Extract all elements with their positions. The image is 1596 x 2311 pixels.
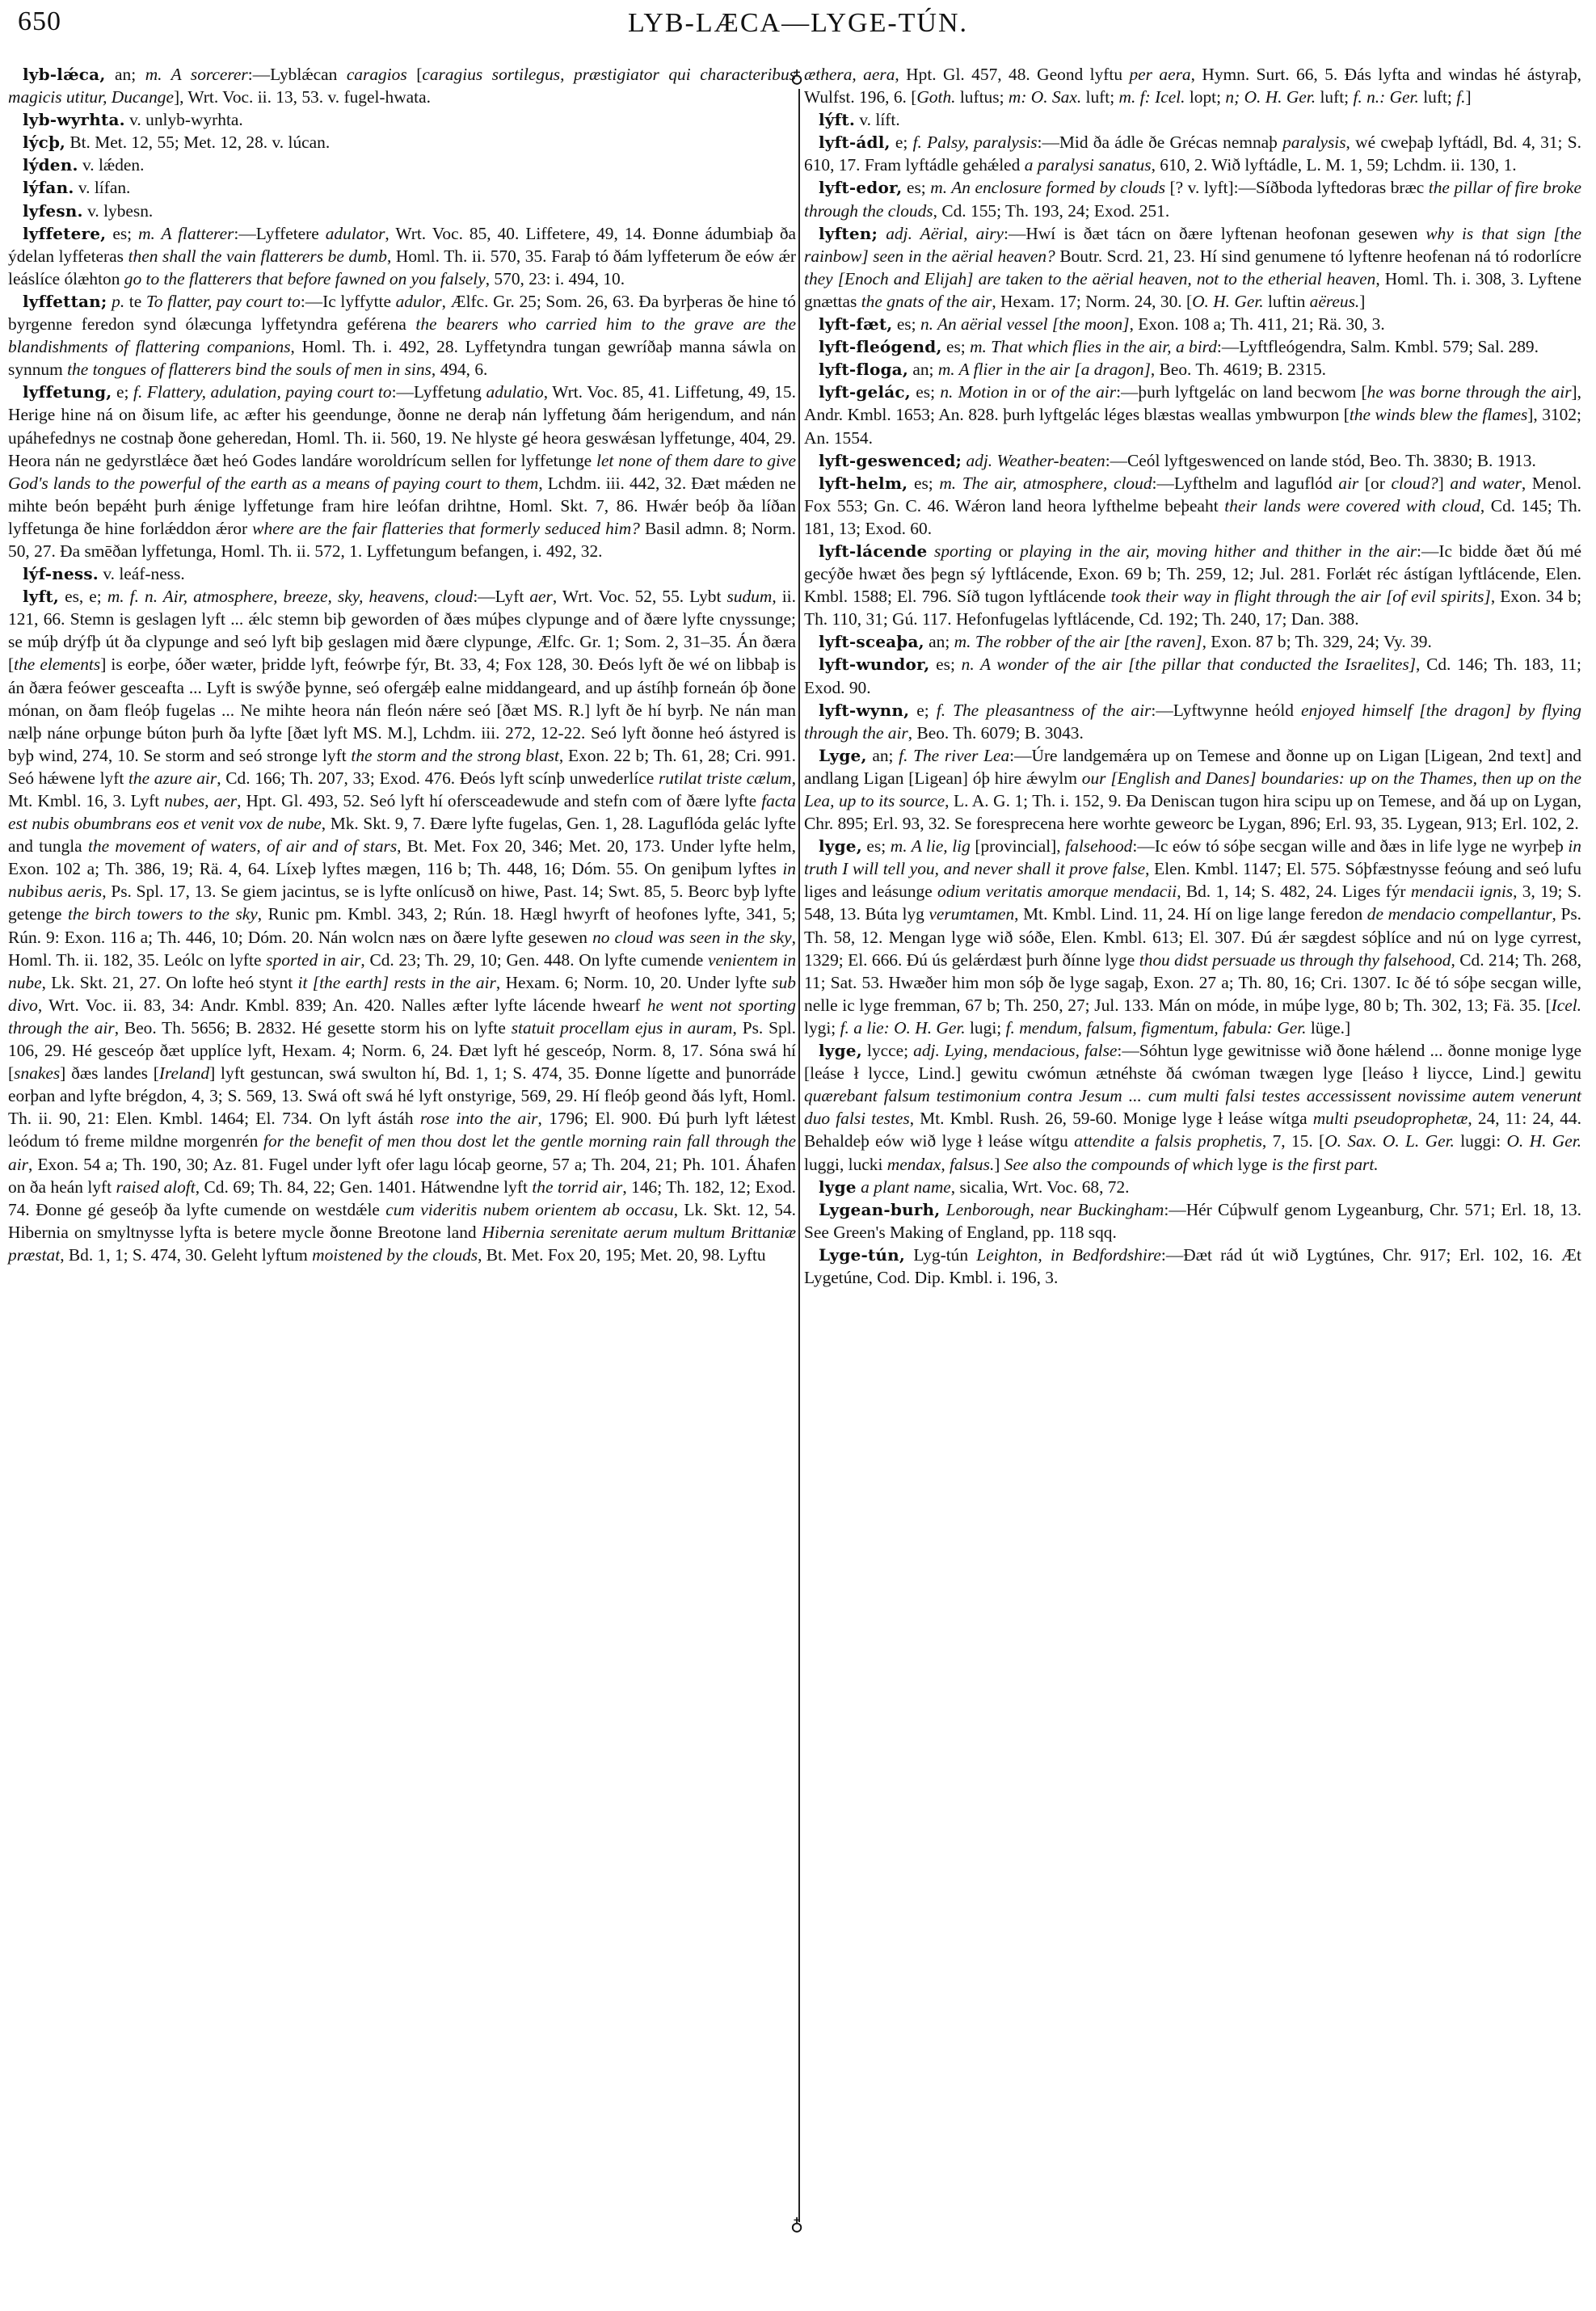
entry-italic-text: it [the earth] rests in the air <box>298 973 496 992</box>
entry-text: e; <box>909 701 937 720</box>
entry-italic-text: m: O. Sax. <box>1009 87 1081 107</box>
entry-text: [provincial], <box>971 836 1065 856</box>
entry-italic-text: m. A sorcerer <box>145 65 248 84</box>
entry-text: or <box>992 541 1020 561</box>
entry-italic-text: m. f: Icel. <box>1119 87 1185 107</box>
left-column: lyb-lǽca, an; m. A sorcerer:—Lyblǽcan ca… <box>8 63 796 1266</box>
entry-italic-text: Icel. <box>1552 996 1581 1015</box>
entry-text: , sicalia, Wrt. Voc. 68, 72. <box>951 1177 1130 1197</box>
dictionary-entry: lyft-edor, es; m. An enclosure formed by… <box>804 176 1581 221</box>
entry-italic-text: p. <box>107 292 125 311</box>
entry-text: v. unlyb-wyrhta. <box>125 110 243 129</box>
entry-text: , Cd. 166; Th. 207, 33; Exod. 476. Ðeós … <box>217 768 659 788</box>
entry-text: :—Ceól lyftgeswenced on lande stód, Beo.… <box>1105 451 1536 470</box>
entry-italic-text: adj. Lying, mendacious, false <box>913 1041 1117 1060</box>
entry-headword: lyft-sceaþa, <box>819 632 924 651</box>
entry-text: , Beo. Th. 5656; B. 2832. Hé gesette sto… <box>115 1018 512 1038</box>
entry-italic-text: is the first part. <box>1272 1155 1379 1174</box>
entry-italic-text: n. A wonder of the air [the pillar that … <box>962 655 1416 674</box>
entry-text: lugi; <box>966 1018 1006 1038</box>
entry-italic-text: æthera, aera <box>804 65 895 84</box>
entry-italic-text: the tongues of flatterers bind the souls… <box>67 360 432 379</box>
entry-text: :—Ic eów tó sóþe secgan wille and ðæs in… <box>1132 836 1568 856</box>
dictionary-entry: lyft-wynn, e; f. The pleasantness of the… <box>804 699 1581 744</box>
entry-headword: lýf-ness. <box>23 564 99 583</box>
entry-italic-text: mendax, falsus. <box>887 1155 995 1174</box>
entry-italic-text: n; O. H. Ger. <box>1225 87 1316 107</box>
dictionary-entry: Lygean-burh, Lenborough, near Buckingham… <box>804 1198 1581 1244</box>
dictionary-entry: lyft-wundor, es; n. A wonder of the air … <box>804 653 1581 698</box>
dictionary-entry: lyft-lácende sporting or playing in the … <box>804 540 1581 630</box>
entry-text: luft; <box>1419 87 1456 107</box>
entry-italic-text: their lands were covered with cloud <box>1224 496 1480 516</box>
entry-text: luftin <box>1264 292 1310 311</box>
entry-headword: lyft-floga, <box>819 360 908 379</box>
entry-text: , Bd. 1, 14; S. 482, 24. Liges fýr <box>1177 882 1411 901</box>
entry-text: :—Hwí is ðæt tácn on ðære lyftenan heofo… <box>1004 224 1425 243</box>
entry-italic-text: moistened by the clouds <box>312 1245 478 1265</box>
entry-headword: lyge <box>819 1177 857 1197</box>
entry-text: v. lífan. <box>74 178 131 197</box>
dictionary-entry: Lyge, an; f. The river Lea:—Úre landgemǽ… <box>804 744 1581 835</box>
entry-italic-text: attendite a falsis prophetis <box>1074 1131 1262 1151</box>
entry-text: :—Lyftfleógendra, Salm. Kmbl. 579; Sal. … <box>1217 337 1539 356</box>
entry-italic-text: playing in the air, moving hither and th… <box>1020 541 1417 561</box>
entry-italic-text: m. That which flies in the air, a bird <box>970 337 1217 356</box>
entry-text: , Hexam. 6; Norm. 10, 20. Under lyfte <box>496 973 772 992</box>
entry-text: es; <box>911 382 940 402</box>
entry-text: , Wrt. Voc. ii. 83, 34: Andr. Kmbl. 839;… <box>38 996 647 1015</box>
entry-text: [ <box>407 65 423 84</box>
entry-headword: lýcþ, <box>23 133 65 152</box>
entry-italic-text: the gnats of the air <box>861 292 992 311</box>
entry-italic-text: caragios <box>347 65 407 84</box>
entry-italic-text: Leighton, in Bedfordshire <box>976 1245 1161 1265</box>
dictionary-entry: lyft-gelác, es; n. Motion in or of the a… <box>804 381 1581 448</box>
entry-italic-text: and water <box>1450 474 1521 493</box>
entry-italic-text: O. H. Ger. <box>1192 292 1264 311</box>
entry-italic-text: f. Palsy, paralysis <box>913 133 1038 152</box>
entry-italic-text: cloud? <box>1391 474 1438 493</box>
entry-text: [or <box>1358 474 1391 493</box>
dictionary-entry: lýden. v. lǽden. <box>8 154 796 176</box>
entry-italic-text: the birch towers to the sky <box>68 904 258 924</box>
entry-italic-text: rose into the air <box>420 1109 538 1128</box>
entry-text: v. lybesn. <box>83 201 154 221</box>
entry-text: es; <box>862 836 891 856</box>
entry-italic-text: go to the flatterers that before fawned … <box>124 269 486 288</box>
entry-text: ], Wrt. Voc. ii. 13, 53. v. fugel-hwata. <box>174 87 431 107</box>
entry-italic-text: adj. Weather-beaten <box>962 451 1105 470</box>
entry-text: , Hpt. Gl. 457, 48. Geond lyftu <box>895 65 1129 84</box>
dictionary-entry: lýft. v. líft. <box>804 108 1581 131</box>
entry-italic-text: f. The pleasantness of the air <box>937 701 1152 720</box>
entry-italic-text: mendacii ignis <box>1411 882 1513 901</box>
dictionary-entry: lyb-wyrhta. v. unlyb-wyrhta. <box>8 108 796 131</box>
entry-text: v. líft. <box>855 110 900 129</box>
entry-italic-text: To flatter, pay court to <box>146 292 301 311</box>
entry-italic-text: m. An enclosure formed by clouds <box>930 178 1165 197</box>
entry-italic-text: Ireland <box>159 1063 209 1083</box>
entry-text: ] ðæs landes [ <box>60 1063 159 1083</box>
entry-italic-text: adulator <box>326 224 385 243</box>
entry-italic-text: m. A flier in the air [a dragon] <box>938 360 1151 379</box>
entry-headword: Lyge-tún, <box>819 1245 905 1265</box>
entry-italic-text: f. <box>1456 87 1465 107</box>
entry-italic-text: the movement of waters, of air and of st… <box>88 836 397 856</box>
entry-headword: lyft-helm, <box>819 474 907 493</box>
entry-text: luggi, lucki <box>804 1155 887 1174</box>
dictionary-entry: lýf-ness. v. leáf-ness. <box>8 562 796 585</box>
entry-text: an; <box>867 746 899 765</box>
entry-italic-text: n. Motion in <box>940 382 1026 402</box>
entry-text: :—Lyffetung <box>392 382 486 402</box>
entry-italic-text: no cloud was seen in the sky <box>592 928 792 947</box>
entry-text: , Exon. 108 a; Th. 411, 21; Rä. 30, 3. <box>1130 314 1385 334</box>
entry-text: Bt. Met. 12, 55; Met. 12, 28. v. lúcan. <box>65 133 330 152</box>
dictionary-entry: lyft-ádl, e; f. Palsy, paralysis:—Mid ða… <box>804 131 1581 176</box>
entry-italic-text: adulor <box>396 292 442 311</box>
entry-text: ] <box>1466 87 1472 107</box>
entry-italic-text: O. H. Ger. <box>1506 1131 1581 1151</box>
entry-italic-text: sporting <box>927 541 992 561</box>
entry-headword: lyft-geswenced; <box>819 451 962 470</box>
entry-text: v. leáf-ness. <box>99 564 185 583</box>
entry-headword: lýft. <box>819 110 855 129</box>
entry-text: :—Lyffetere <box>234 224 325 243</box>
entry-text: Lyg-tún <box>905 1245 976 1265</box>
entry-text: luggi: <box>1455 1131 1507 1151</box>
entry-headword: lyffettan; <box>23 292 107 311</box>
entry-italic-text: odium veritatis amorque mendacii <box>937 882 1177 901</box>
entry-text: , Cd. 23; Th. 29, 10; Gen. 448. On lyfte… <box>360 950 708 970</box>
dictionary-entry: lyffetung, e; f. Flattery, adulation, pa… <box>8 381 796 562</box>
entry-text: , Wrt. Voc. 52, 55. Lybt <box>553 587 727 606</box>
entry-italic-text: multi pseudoprophetæ <box>1313 1109 1468 1128</box>
entry-italic-text: nubes, aer <box>164 791 237 810</box>
entry-headword: lyft-lácende <box>819 541 927 561</box>
entry-text: luftus; <box>956 87 1009 107</box>
entry-text: es, e; <box>59 587 107 606</box>
entry-text: :—Lyftwynne heóld <box>1151 701 1301 720</box>
entry-italic-text: statuit procellam ejus in auram <box>512 1018 733 1038</box>
entry-headword: lyft-fleógend, <box>819 337 942 356</box>
entry-italic-text: raised aloft <box>116 1177 196 1197</box>
entry-text: e; <box>891 133 913 152</box>
entry-italic-text: aer <box>529 587 553 606</box>
dictionary-entry: lyge, es; m. A lie, lig [provincial], fa… <box>804 835 1581 1039</box>
page-header: 650 LYB-LÆCA—LYGE-TÚN. <box>18 6 1578 55</box>
entry-italic-text: aëreus. <box>1310 292 1360 311</box>
entry-text: , Lk. Skt. 21, 27. On lofte heó stynt <box>42 973 298 992</box>
entry-text: , Cd. 155; Th. 193, 24; Exod. 251. <box>933 201 1170 221</box>
entry-headword: lyffetung, <box>23 382 112 402</box>
entry-text: :—Lyfthelm and laguflód <box>1152 474 1339 493</box>
entry-headword: lyft-wundor, <box>819 655 929 674</box>
entry-italic-text: f. n.: Ger. <box>1353 87 1418 107</box>
entry-text: es; <box>106 224 138 243</box>
entry-italic-text: took their way in flight through the air… <box>1111 587 1491 606</box>
entry-italic-text: Goth. <box>916 87 955 107</box>
entry-text: lopt; <box>1185 87 1225 107</box>
entry-text: :—Mid ða ádle ðe Grécas nemnaþ <box>1038 133 1283 152</box>
entry-italic-text: paralysis <box>1282 133 1345 152</box>
entry-italic-text: cum videritis nubem orientem ab occasu <box>385 1200 673 1219</box>
entry-headword: lyge, <box>819 1041 862 1060</box>
entry-italic-text: where are the fair flatteries that forme… <box>252 519 640 538</box>
entry-italic-text: verumtamen <box>929 904 1014 924</box>
dictionary-entry: lyft-geswenced; adj. Weather-beaten:—Ceó… <box>804 449 1581 472</box>
entry-text: luft; <box>1081 87 1118 107</box>
entry-italic-text: O. Sax. O. L. Ger. <box>1324 1131 1455 1151</box>
running-head: LYB-LÆCA—LYGE-TÚN. <box>18 8 1578 39</box>
dictionary-entry: lyge, lycce; adj. Lying, mendacious, fal… <box>804 1039 1581 1176</box>
entry-text: ] <box>1359 292 1365 311</box>
entry-text: , Hexam. 17; Norm. 24, 30. [ <box>992 292 1192 311</box>
entry-text: an; <box>908 360 938 379</box>
entry-text: , 494, 6. <box>432 360 488 379</box>
entry-italic-text: the winds blew the flames <box>1350 405 1527 424</box>
entry-text: e; <box>112 382 133 402</box>
entry-italic-text: f. a lie: O. H. Ger. <box>840 1018 966 1038</box>
entry-italic-text: m. f. n. Air, atmosphere, breeze, sky, h… <box>107 587 474 606</box>
entry-italic-text: de mendacio compellantur <box>1367 904 1552 924</box>
entry-headword: lyft-edor, <box>819 178 902 197</box>
column-rule-ornament-bottom-icon: ♁ <box>790 2216 803 2233</box>
entry-text: , Mt. Kmbl. Lind. 11, 24. Hí on lige lan… <box>1014 904 1367 924</box>
dictionary-entry: lyfesn. v. lybesn. <box>8 200 796 222</box>
entry-text: es; <box>902 178 930 197</box>
entry-text: :—þurh lyftgelác on land becwom [ <box>1116 382 1367 402</box>
dictionary-entry: lyge a plant name, sicalia, Wrt. Voc. 68… <box>804 1176 1581 1198</box>
entry-text: :—Lyft <box>473 587 529 606</box>
entry-text: te <box>124 292 146 311</box>
entry-headword: lýden. <box>23 155 78 175</box>
entry-italic-text: a paralysi sanatus <box>1025 155 1152 175</box>
entry-text: lüge.] <box>1307 1018 1351 1038</box>
entry-headword: lyft-fæt, <box>819 314 892 334</box>
entry-text: or <box>1026 382 1051 402</box>
dictionary-entry: lyft, es, e; m. f. n. Air, atmosphere, b… <box>8 585 796 1266</box>
entry-italic-text: Lenborough, near Buckingham <box>940 1200 1164 1219</box>
dictionary-entry: lyft-helm, es; m. The air, atmosphere, c… <box>804 472 1581 540</box>
entry-headword: lyb-wyrhta. <box>23 110 125 129</box>
entry-text: an; <box>924 632 954 651</box>
entry-italic-text: rutilat triste cælum <box>659 768 792 788</box>
dictionary-entry: lyft-sceaþa, an; m. The robber of the ai… <box>804 630 1581 653</box>
entry-italic-text: m. A flatterer <box>138 224 234 243</box>
entry-text: :—Ic lyffytte <box>301 292 396 311</box>
entry-italic-text: sported in air <box>266 950 360 970</box>
entry-italic-text: of the air <box>1051 382 1116 402</box>
dictionary-entry: Lyge-tún, Lyg-tún Leighton, in Bedfordsh… <box>804 1244 1581 1289</box>
entry-text: :—Lyblǽcan <box>248 65 347 84</box>
entry-text: es; <box>942 337 970 356</box>
entry-text: lycce; <box>862 1041 913 1060</box>
entry-text: es; <box>929 655 961 674</box>
entry-italic-text: air <box>1338 474 1358 493</box>
dictionary-entry: æthera, aera, Hpt. Gl. 457, 48. Geond ly… <box>804 63 1581 108</box>
entry-text: v. lǽden. <box>78 155 145 175</box>
entry-text: lygi; <box>804 1018 840 1038</box>
entry-italic-text: m. The air, atmosphere, cloud <box>939 474 1152 493</box>
entry-italic-text: sudum <box>726 587 772 606</box>
entry-italic-text: adulatio <box>486 382 543 402</box>
entry-text: an; <box>106 65 145 84</box>
entry-text: , 570, 23: i. 494, 10. <box>486 269 625 288</box>
entry-text: es; <box>907 474 939 493</box>
entry-italic-text: the azure air <box>128 768 217 788</box>
entry-text: es; <box>892 314 920 334</box>
entry-text: ] <box>1438 474 1451 493</box>
entry-italic-text: f. mendum, falsum, figmentum, fabula: Ge… <box>1006 1018 1307 1038</box>
entry-italic-text: See also the compounds of which <box>1004 1155 1233 1174</box>
entry-headword: lyft-gelác, <box>819 382 911 402</box>
entry-italic-text: m. The robber of the air [the raven] <box>954 632 1202 651</box>
dictionary-entry: lyffettan; p. te To flatter, pay court t… <box>8 290 796 381</box>
entry-text: , Cd. 69; Th. 84, 22; Gen. 1401. Hátwend… <box>196 1177 533 1197</box>
entry-text: luft; <box>1316 87 1353 107</box>
dictionary-entry: lyft-floga, an; m. A flier in the air [a… <box>804 358 1581 381</box>
column-divider <box>798 89 800 2222</box>
entry-italic-text: they [Enoch and Elijah] are taken to the… <box>804 269 1375 288</box>
entry-headword: lyft, <box>23 587 59 606</box>
entry-italic-text: per aera <box>1129 65 1190 84</box>
dictionary-entry: lyften; adj. Aërial, airy:—Hwí is ðæt tá… <box>804 222 1581 313</box>
entry-headword: lyge, <box>819 836 862 856</box>
dictionary-entry: lyffetere, es; m. A flatterer:—Lyffetere… <box>8 222 796 290</box>
entry-headword: lýfan. <box>23 178 74 197</box>
entry-italic-text: f. Flattery, adulation, paying court to <box>133 382 392 402</box>
entry-italic-text: m. A lie, lig <box>891 836 971 856</box>
entry-italic-text: the storm and the strong blast <box>351 746 559 765</box>
right-column: æthera, aera, Hpt. Gl. 457, 48. Geond ly… <box>804 63 1581 1289</box>
entry-italic-text: adj. Aërial, airy <box>878 224 1004 243</box>
entry-italic-text: a plant name <box>857 1177 951 1197</box>
entry-headword: lyft-wynn, <box>819 701 909 720</box>
entry-text: , Bd. 1, 1; S. 474, 30. Geleht lyftum <box>60 1245 312 1265</box>
entry-italic-text: falsehood <box>1065 836 1132 856</box>
entry-text: , Exon. 87 b; Th. 329, 24; Vy. 39. <box>1202 632 1432 651</box>
entry-italic-text: he was borne through the air <box>1367 382 1572 402</box>
entry-text: , Beo. Th. 6079; B. 3043. <box>908 723 1084 743</box>
entry-text: , Mt. Kmbl. Rush. 26, 59-60. Monige lyge… <box>910 1109 1313 1128</box>
entry-text: , 7, 15. [ <box>1262 1131 1324 1151</box>
entry-italic-text: the elements <box>14 655 100 674</box>
entry-text: lyge <box>1233 1155 1272 1174</box>
entry-headword: Lygean-burh, <box>819 1200 940 1219</box>
dictionary-entry: lyft-fleógend, es; m. That which flies i… <box>804 335 1581 358</box>
entry-headword: lyffetere, <box>23 224 106 243</box>
entry-headword: lyb-lǽca, <box>23 65 106 84</box>
entry-text: , Beo. Th. 4619; B. 2315. <box>1151 360 1326 379</box>
entry-text: , Bt. Met. Fox 20, 195; Met. 20, 98. Lyf… <box>478 1245 766 1265</box>
entry-italic-text: n. An aërial vessel [the moon] <box>920 314 1130 334</box>
dictionary-entry: lýcþ, Bt. Met. 12, 55; Met. 12, 28. v. l… <box>8 131 796 154</box>
entry-italic-text: thou didst persuade us through thy false… <box>1139 950 1451 970</box>
entry-text: Boutr. Scrd. 21, 23. Hí sind genumene tó… <box>1055 246 1581 266</box>
entry-headword: lyften; <box>819 224 878 243</box>
dictionary-entry: lyft-fæt, es; n. An aërial vessel [the m… <box>804 313 1581 335</box>
entry-headword: Lyge, <box>819 746 867 765</box>
dictionary-entry: lýfan. v. lífan. <box>8 176 796 199</box>
entry-text: [? v. lyft]:—Síðboda lyftedoras bræc <box>1165 178 1429 197</box>
entry-italic-text: snakes <box>14 1063 60 1083</box>
entry-italic-text: then shall the vain flatterers be dumb <box>128 246 387 266</box>
entry-italic-text: the torrid air <box>532 1177 622 1197</box>
dictionary-entry: lyb-lǽca, an; m. A sorcerer:—Lyblǽcan ca… <box>8 63 796 108</box>
entry-headword: lyfesn. <box>23 201 83 221</box>
entry-headword: lyft-ádl, <box>819 133 891 152</box>
entry-text: , Hpt. Gl. 493, 52. Seó lyft hí oferscea… <box>237 791 761 810</box>
entry-text: , 610, 2. Wið lyftádle, L. M. 1, 59; Lch… <box>1152 155 1517 175</box>
entry-italic-text: f. The river Lea <box>899 746 1009 765</box>
entry-text: ] <box>994 1155 1004 1174</box>
